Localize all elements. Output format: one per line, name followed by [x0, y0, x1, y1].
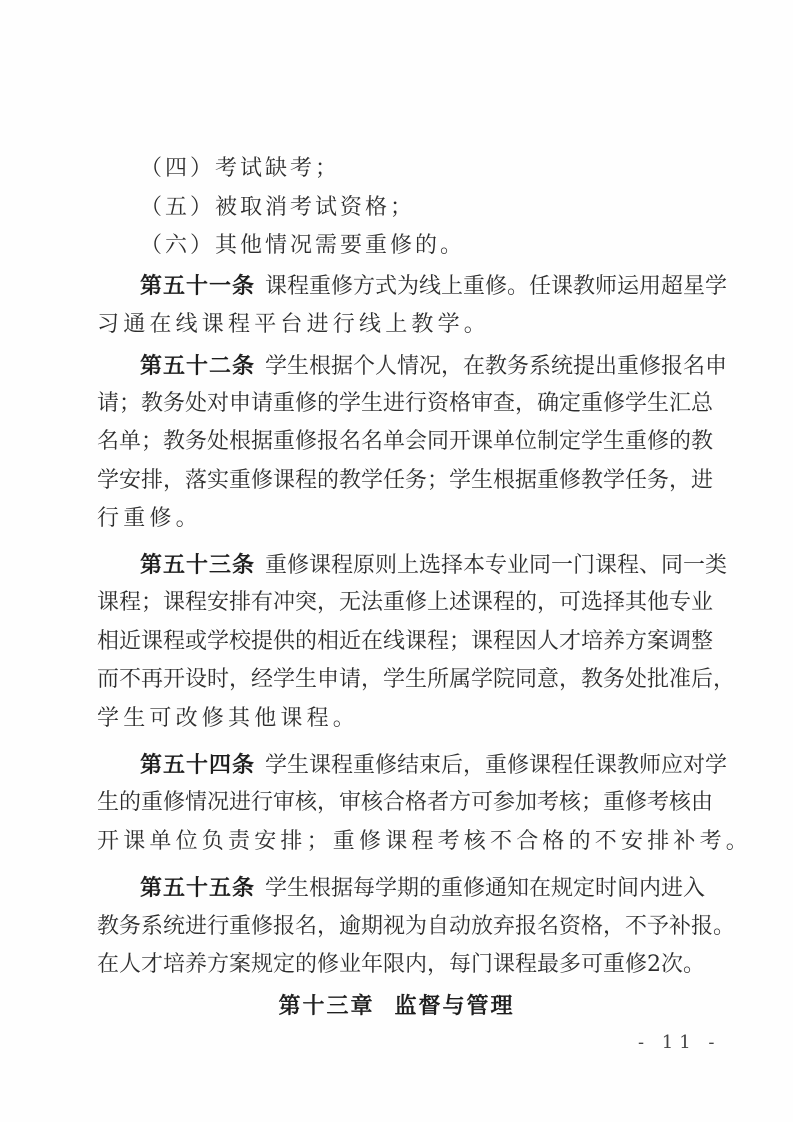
article-text: 学生根据每学期的重修通知在规定时间内进入 [265, 876, 705, 901]
article-text: 学生根据个人情况，在教务系统提出重修报名申 [265, 354, 727, 379]
list-item: （五）被取消考试资格； [140, 189, 742, 227]
page-number: - 11 - [638, 1028, 721, 1058]
article-53-line-4: 而不再开设时，经学生申请，学生所属学院同意，教务处批准后， [97, 661, 699, 699]
article-52-line-2: 请；教务处对申请重修的学生进行资格审查，确定重修学生汇总 [97, 385, 699, 423]
article-label: 第五十三条 [140, 552, 255, 578]
article-55-line-1: 第五十五条学生根据每学期的重修通知在规定时间内进入 [140, 869, 699, 907]
document-page: （四）考试缺考； （五）被取消考试资格； （六）其他情况需要重修的。 第五十一条… [0, 0, 793, 1122]
article-label: 第五十一条 [140, 273, 255, 299]
article-54-line-1: 第五十四条学生课程重修结束后，重修课程任课教师应对学 [140, 746, 699, 784]
article-label: 第五十二条 [140, 353, 255, 379]
article-52-line-3: 名单；教务处根据重修报名名单会同开课单位制定学生重修的教 [97, 423, 699, 461]
article-label: 第五十五条 [140, 875, 255, 901]
article-52-line-1: 第五十二条学生根据个人情况，在教务系统提出重修报名申 [140, 347, 699, 385]
article-53-line-1: 第五十三条重修课程原则上选择本专业同一门课程、同一类 [140, 546, 699, 584]
article-text: 课程重修方式为线上重修。任课教师运用超星学 [265, 274, 727, 299]
article-text: 学生课程重修结束后，重修课程任课教师应对学 [265, 753, 727, 778]
article-51-line-1: 第五十一条课程重修方式为线上重修。任课教师运用超星学 [140, 267, 699, 305]
article-53-line-2: 课程；课程安排有冲突，无法重修上述课程的，可选择其他专业 [97, 584, 699, 622]
article-55-line-3: 在人才培养方案规定的修业年限内，每门课程最多可重修2次。 [97, 946, 699, 984]
article-54-line-3: 开课单位负责安排；重修课程考核不合格的不安排补考。 [97, 823, 699, 861]
article-53-line-3: 相近课程或学校提供的相近在线课程；课程因人才培养方案调整 [97, 623, 699, 661]
article-53-line-5: 学生可改修其他课程。 [97, 700, 699, 738]
chapter-heading: 第十三章监督与管理 [0, 988, 793, 1026]
article-52-line-4: 学安排，落实重修课程的教学任务；学生根据重修教学任务，进 [97, 462, 699, 500]
article-55-line-2: 教务系统进行重修报名，逾期视为自动放弃报名资格，不予补报。 [97, 908, 699, 946]
article-text: 重修课程原则上选择本专业同一门课程、同一类 [265, 553, 727, 578]
article-label: 第五十四条 [140, 752, 255, 778]
article-51-line-2: 习通在线课程平台进行线上教学。 [97, 306, 699, 344]
article-54-line-2: 生的重修情况进行审核，审核合格者方可参加考核；重修考核由 [97, 784, 699, 822]
chapter-title: 监督与管理 [395, 994, 515, 1019]
list-item: （四）考试缺考； [140, 150, 742, 188]
chapter-number: 第十三章 [278, 994, 374, 1019]
article-52-line-5: 行重修。 [97, 500, 699, 538]
list-item: （六）其他情况需要重修的。 [140, 227, 742, 265]
